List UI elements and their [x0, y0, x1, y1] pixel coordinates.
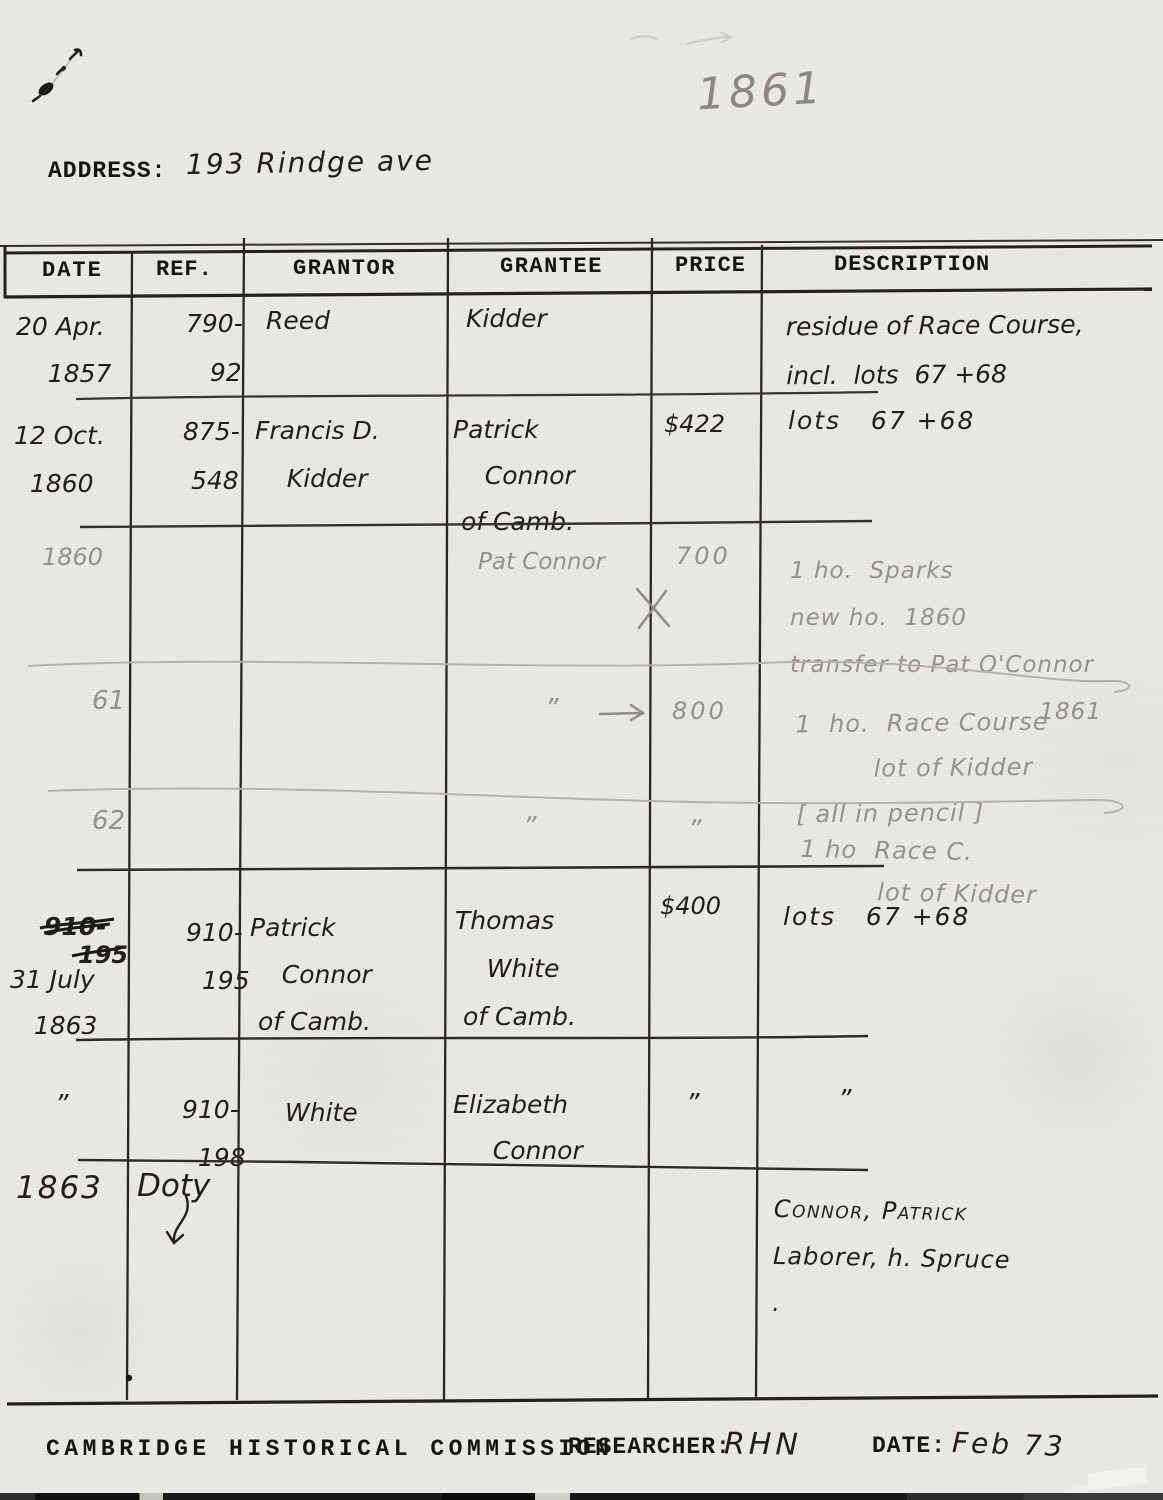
row7-grantor: White [285, 1098, 358, 1127]
address-value: 193 Rindge ave [186, 144, 434, 181]
row6-grantee: Thomas White of Camb. [455, 897, 576, 1041]
row6-price: $400 [660, 892, 721, 920]
row4-price: 800 [672, 697, 727, 725]
page-year-note: 1861 [696, 63, 826, 121]
ink-blot-column-line [126, 1375, 132, 1381]
row2-ref: 875- 548 [183, 407, 240, 505]
footer-date-label: DATE: [872, 1433, 946, 1459]
column-header-grantor: GRANTOR [293, 256, 396, 281]
row6-grantor: Patrick Connor of Camb. [250, 904, 372, 1045]
row6-date: 31 July 1863 [10, 957, 97, 1049]
row1-grantee: Kidder [466, 304, 547, 333]
row2-date: 12 Oct. 1860 [14, 412, 105, 508]
row6-description: lots 67 +68 [783, 902, 970, 931]
column-header-date: DATE [42, 258, 103, 283]
row6-date-struck-ref: 910- [44, 912, 107, 941]
row2-grantor: Francis D. Kidder [255, 407, 380, 503]
researcher-label: RESEARCHER: [568, 1434, 731, 1460]
row1-description: residue of Race Course, incl. lots 67 +6… [786, 300, 1085, 401]
row7-grantee: Elizabeth Connor [453, 1082, 583, 1174]
row5-grantee-ditto: ” [523, 812, 536, 842]
column-line-grantor-grantee [444, 238, 448, 1400]
row7-price-ditto: ” [686, 1089, 699, 1119]
table-bottom-line [7, 1396, 1158, 1404]
torn-paper-edge [1087, 1467, 1147, 1491]
column-header-price: PRICE [675, 253, 746, 278]
row4-description: 1 ho. Race Course lot of Kidder [ all in… [795, 700, 1049, 838]
column-line-price-description [756, 245, 762, 1400]
row5-separator [77, 866, 884, 870]
table-top-outer-line [0, 240, 1163, 246]
column-header-description: DESCRIPTION [834, 252, 990, 277]
pencil-arrow [600, 705, 643, 720]
row8-directory-entry: Connor, Patrick Laborer, h. Spruce . [772, 1186, 1020, 1331]
address-label: ADDRESS: [48, 158, 166, 184]
row8-date: 1863 [16, 1170, 103, 1206]
column-header-ref: REF. [156, 257, 213, 282]
header-bottom-line [4, 289, 1152, 297]
row2-description: lots 67 +68 [788, 406, 975, 435]
column-header-grantee: GRANTEE [500, 254, 603, 279]
row6-ref: 910- 195 [186, 909, 250, 1005]
scanned-deed-record-card: { "document": { "page_year_note": "1861"… [0, 0, 1163, 1500]
row1-grantor: Reed [266, 306, 330, 335]
commission-name: CAMBRIDGE HISTORICAL COMMISSION [46, 1436, 613, 1462]
row8-ref-doty: Doty [137, 1168, 210, 1204]
pen-squiggle [33, 50, 81, 101]
row4-grantee-ditto: ” [545, 694, 558, 724]
column-line-date-ref [127, 251, 132, 1400]
footer-date-value: Feb 73 [951, 1426, 1066, 1463]
row5-price-ditto: ” [688, 815, 701, 845]
row2-grantee: Patrick Connor of Camb. [453, 407, 575, 545]
scan-bottom-strip [0, 1493, 1163, 1500]
row1-date: 20 Apr. 1857 [16, 303, 111, 397]
row2-price: $422 [664, 410, 725, 438]
row3-grantee: Pat Connor [478, 549, 605, 575]
row7-description-ditto: ” [838, 1085, 851, 1115]
faint-pencil-marks [630, 32, 731, 44]
row7-date-ditto: ” [55, 1090, 68, 1120]
row5-date: 62 [92, 806, 125, 836]
row4-date: 61 [92, 686, 125, 716]
row1-ref: 790- 92 [186, 299, 243, 397]
pencil-x-mark [637, 589, 669, 628]
researcher-initials: RHN [724, 1426, 802, 1462]
row3-price: 700 [676, 542, 731, 570]
column-line-grantee-price [648, 238, 652, 1400]
row3-date: 1860 [42, 543, 103, 571]
